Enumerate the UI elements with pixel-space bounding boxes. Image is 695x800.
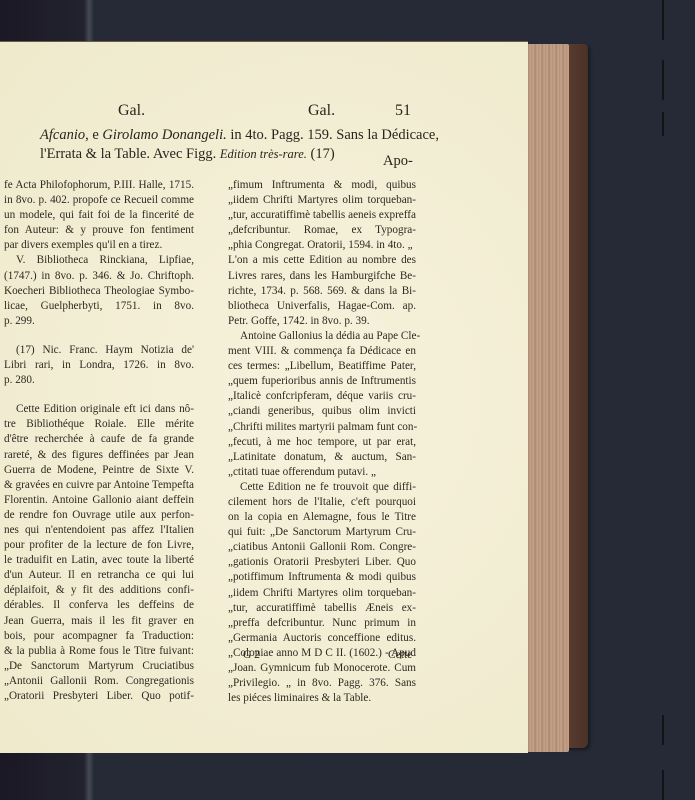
text-line: bliotheca Univerfalis, Hagae-Com. ap. xyxy=(228,299,416,314)
text-line: d'être recherchée à caufe de fa grande xyxy=(4,432,194,447)
text-line: ces termes: „Libellum, Beatiffime Pater, xyxy=(228,359,416,374)
text-line: & la publia à Rome fous le Titre fuivant… xyxy=(4,644,194,659)
text-line: pour profiter de la lecture de fon Livre… xyxy=(4,538,194,553)
text-line: de rendre fon Ouvrage utile aux perfon- xyxy=(4,508,194,523)
text-line: p. 299. xyxy=(4,314,194,329)
text-line: „gationis Oratorii Presbyteri Liber. Quo xyxy=(228,555,416,570)
catchword-bottom: Cette xyxy=(388,649,412,661)
text-line: Florentin. Antoine Gallonio aiant deffei… xyxy=(4,493,194,508)
text-line: (17) Nic. Franc. Haym Notizia de' xyxy=(4,343,194,358)
intro-line: Afcanio, e Girolamo Donangeli. in 4to. P… xyxy=(40,126,425,145)
text-line: les piéces liminaires & la Table. xyxy=(228,691,416,706)
text-line: richte, 1734. p. 568. 569. & dans la Bi- xyxy=(228,284,416,299)
text-line: Cette Edition originale eft ici dans nô- xyxy=(4,402,194,417)
text-line: (1747.) in 8vo. p. 346. & Jo. Chriftoph. xyxy=(4,269,194,284)
text-line: „tur, accuratiffimè tabellis Æneis ex- xyxy=(228,601,416,616)
text-line: par divers exemples qu'il en a tirez. xyxy=(4,238,194,253)
text-line xyxy=(4,388,194,402)
text-line: rareté, & des figures deffinées par Jean xyxy=(4,448,194,463)
text-line: ment VIII. & commença fa Dédicace en xyxy=(228,344,416,359)
text-line: qui fuit: „De Sanctorum Martyrum Cru- xyxy=(228,525,416,540)
catchword-apo: Apo- xyxy=(383,153,413,170)
intro-line: l'Errata & la Table. Avec Figg. Edition … xyxy=(40,145,425,164)
intro-paragraph: Afcanio, e Girolamo Donangeli. in 4to. P… xyxy=(40,126,425,164)
text-line: Guerra de Modene, Peintre de Sixte V. xyxy=(4,463,194,478)
page-number: 51 xyxy=(395,102,411,120)
text-line: fon Auteur: & y prouve fon fentiment xyxy=(4,223,194,238)
text-line: p. 280. xyxy=(4,373,194,388)
text-line xyxy=(4,329,194,343)
text-line: Jean Guerra, mais il les fit graver en xyxy=(4,614,194,629)
text-line: „Latinitate donatum, & auctum, San- xyxy=(228,450,416,465)
text-line: „tur, accuratiffimè tabellis aeneis expr… xyxy=(228,208,416,223)
text-line: on la copia en Alemagne, fous le Titre xyxy=(228,510,416,525)
text-line: „Chrifti milites martyrii palmam funt co… xyxy=(228,420,416,435)
text-line: dérables. Il conferva les deffeins de xyxy=(4,598,194,613)
text-line: „iidem Chrifti Martyres olim torqueban- xyxy=(228,193,416,208)
text-line: cilement hors de l'Italie, c'eft pourquo… xyxy=(228,495,416,510)
background-mark xyxy=(662,770,664,800)
text-line: „De Sanctorum Martyrum Cruciatibus xyxy=(4,659,194,674)
text-line: „Privilegio. „ in 8vo. Pagg. 376. Sans xyxy=(228,676,416,691)
text-line: in 8vo. p. 402. propofe ce Recueil comme xyxy=(4,193,194,208)
text-line: „defcribuntur. Romae, ex Typogra- xyxy=(228,223,416,238)
right-column: „fimum Inftrumenta & modi, quibus„iidem … xyxy=(228,178,416,706)
book-page: Gal. Gal. 51 Afcanio, e Girolamo Donange… xyxy=(0,41,528,753)
running-head-left: Gal. xyxy=(118,102,145,120)
text-line: „fimum Inftrumenta & modi, quibus xyxy=(228,178,416,193)
text-line: „preffa defcribuntur. Nunc primum in xyxy=(228,616,416,631)
background-mark xyxy=(662,0,664,40)
text-line: „potiffimum Inftrumenta & modi quibus xyxy=(228,570,416,585)
text-line: „Oratorii Presbyteri Liber. Quo potif- xyxy=(4,689,194,704)
text-line: licae, Guelpherbyti, 1751. in 8vo. xyxy=(4,299,194,314)
text-line: „iidem Chrifti Martyres olim torqueban- xyxy=(228,586,416,601)
text-line: déplaifoit, & y fit des additions confi- xyxy=(4,583,194,598)
text-line: „Joan. Gymnicum fub Monocerote. Cum xyxy=(228,661,416,676)
text-line: Antoine Gallonius la dédia au Pape Cle- xyxy=(228,329,416,344)
text-line: Libri rari, in Londra, 1726. in 8vo. xyxy=(4,358,194,373)
text-line: „Germania Auctoris conceffione editus. xyxy=(228,631,416,646)
text-line: „quem fuperioribus annis de Inftrumentis xyxy=(228,374,416,389)
text-line: „ciatibus Antonii Gallonii Rom. Congre- xyxy=(228,540,416,555)
running-head-center: Gal. xyxy=(308,102,335,120)
text-line: V. Bibliotheca Rinckiana, Lipfiae, xyxy=(4,253,194,268)
text-line: „fecuti, à me hoc tempore, ut par erat, xyxy=(228,435,416,450)
text-line: „Antonii Gallonii Rom. Congregationis xyxy=(4,674,194,689)
text-line: Koecheri Bibliotheca Theologiae Symbo- xyxy=(4,284,194,299)
left-column: fe Acta Philofophorum, P.III. Halle, 171… xyxy=(4,178,194,704)
text-line: & gravées en cuivre par Antoine Tempefta xyxy=(4,478,194,493)
text-line: bois, pour acompagner fa Traduction: xyxy=(4,629,194,644)
text-line: fe Acta Philofophorum, P.III. Halle, 171… xyxy=(4,178,194,193)
text-line: le traduifit en Latin, avec toute la lib… xyxy=(4,553,194,568)
background-mark xyxy=(662,60,664,100)
text-line: d'un Auteur. Il en retrancha ce qui lui xyxy=(4,568,194,583)
text-line: „phia Congregat. Oratorii, 1594. in 4to.… xyxy=(228,238,416,253)
background-mark xyxy=(662,715,664,745)
text-line: Cette Edition ne fe trouvoit que diffi- xyxy=(228,480,416,495)
background-mark xyxy=(662,112,664,136)
text-line: tre Bibliothéque Roiale. Elle mérite xyxy=(4,417,194,432)
text-line: Livres rares, dans les Hamburgifche Be- xyxy=(228,269,416,284)
text-line: „Italicè confcripferam, déque variis cru… xyxy=(228,389,416,404)
text-line: nes qui n'entendoient pas affez l'Italie… xyxy=(4,523,194,538)
signature-mark: G 2 xyxy=(243,649,260,661)
text-line: Petr. Goffe, 1742. in 8vo. p. 39. xyxy=(228,314,416,329)
text-line: „ciandi generibus, quibus olim invicti xyxy=(228,404,416,419)
text-line: L'on a mis cette Edition au nombre des xyxy=(228,253,416,268)
text-line: „ctitati tuae offerendum putavi. „ xyxy=(228,465,416,480)
text-line: un modele, qui fait foi de la fincerité … xyxy=(4,208,194,223)
page-edges xyxy=(523,44,569,752)
